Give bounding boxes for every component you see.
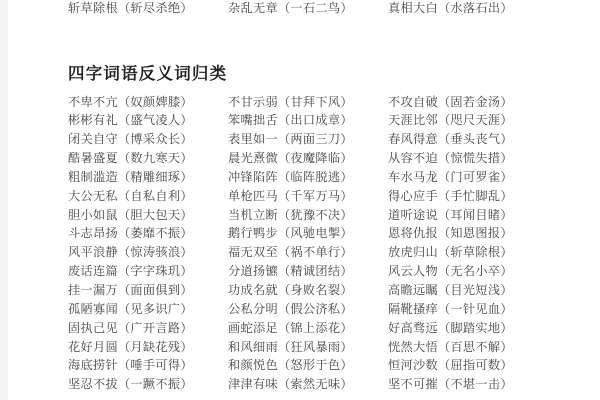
idiom-pair: 风平浪静（惊涛骇浪） xyxy=(68,243,193,261)
idiom-pair: 鹅行鸭步（风驰电掣） xyxy=(228,224,353,242)
idiom-pair: 彬彬有礼（盛气凌人） xyxy=(68,111,193,129)
idiom-pair: 高瞻远瞩（目光短浅） xyxy=(388,281,513,299)
idiom-pair: 恒河沙数（屈指可数） xyxy=(388,356,513,374)
idiom-pair: 不卑不亢（奴颜婢膝） xyxy=(68,93,193,111)
idiom-pair: 闭关自守（博采众长） xyxy=(68,130,193,148)
idiom-pair: 大公无私（自私自利） xyxy=(68,187,193,205)
idiom-pair: 冲锋陷阵（临阵脱逃） xyxy=(228,168,353,186)
idiom-pair: 道听途说（耳闻目睹） xyxy=(388,206,513,224)
idiom-pair: 当机立断（犹豫不决） xyxy=(228,206,353,224)
idiom-pair: 粗制滥造（精雕细琢） xyxy=(68,168,193,186)
idiom-pair: 挂一漏万（面面俱到） xyxy=(68,281,193,299)
idiom-pair: 杂乱无章（一石二鸟） xyxy=(228,0,353,17)
idiom-pair: 笨嘴拙舌（出口成章） xyxy=(228,111,353,129)
idiom-pair: 好高骛远（脚踏实地） xyxy=(388,319,513,337)
idiom-pair: 画蛇添足（锦上添花） xyxy=(228,319,353,337)
idiom-pair: 不攻自破（固若金汤） xyxy=(388,93,513,111)
idiom-pair: 酷暑盛夏（数九寒天） xyxy=(68,149,193,167)
idiom-pair: 斗志昂扬（萎靡不振） xyxy=(68,224,193,242)
idiom-pair: 隔靴搔痒（一针见血） xyxy=(388,300,513,318)
idiom-pair: 和颜悦色（怒形于色） xyxy=(228,356,353,374)
previous-section-last-row: 斩草除根（斩尽杀绝） 杂乱无章（一石二鸟） 真相大白（水落石出） xyxy=(0,0,600,20)
idiom-pair: 固执己见（广开言路） xyxy=(68,319,193,337)
idiom-pair: 车水马龙（门可罗雀） xyxy=(388,168,513,186)
idiom-pair: 不甘示弱（甘拜下风） xyxy=(228,93,353,111)
idiom-pair: 放虎归山（斩草除根） xyxy=(388,243,513,261)
idiom-pair: 公私分明（假公济私） xyxy=(228,300,353,318)
idiom-pair: 津津有味（索然无味） xyxy=(228,375,353,393)
idiom-pair: 晨光熹微（夜魔降临） xyxy=(228,149,353,167)
idiom-pair: 功成名就（身败名裂） xyxy=(228,281,353,299)
idiom-pair: 风云人物（无名小卒） xyxy=(388,262,513,280)
idiom-pair: 单枪匹马（千军万马） xyxy=(228,187,353,205)
idiom-pair: 天涯比邻（咫尺天涯） xyxy=(388,111,513,129)
idiom-pair: 恍然大悟（百思不解） xyxy=(388,338,513,356)
idiom-pair: 福无双至（祸不单行） xyxy=(228,243,353,261)
idiom-pair: 坚忍不拔（一蹶不振） xyxy=(68,375,193,393)
idiom-pair: 分道扬镳（精诚团结） xyxy=(228,262,353,280)
idiom-pair: 和风细雨（狂风暴雨） xyxy=(228,338,353,356)
idiom-pair: 表里如一（两面三刀） xyxy=(228,130,353,148)
section-heading: 四字词语反义词归类 xyxy=(68,63,227,85)
idiom-pair: 春风得意（垂头丧气） xyxy=(388,130,513,148)
idiom-pair: 孤陋寡闻（见多识广） xyxy=(68,300,193,318)
page-margin xyxy=(0,0,8,400)
idiom-pair: 胆小如鼠（胆大包天） xyxy=(68,206,193,224)
idiom-pair: 海底捞针（唾手可得） xyxy=(68,356,193,374)
idiom-pair: 从容不迫（惊慌失措） xyxy=(388,149,513,167)
idiom-pair: 斩草除根（斩尽杀绝） xyxy=(68,0,193,17)
idiom-pair: 花好月圆（月缺花残） xyxy=(68,338,193,356)
idiom-pair: 废话连篇（字字珠玑） xyxy=(68,262,193,280)
idiom-pair: 得心应手（手忙脚乱） xyxy=(388,187,513,205)
idiom-pair: 坚不可摧（不堪一击） xyxy=(388,375,513,393)
idiom-pair: 恩将仇报（知恩图报） xyxy=(388,224,513,242)
idiom-pair: 真相大白（水落石出） xyxy=(388,0,513,17)
